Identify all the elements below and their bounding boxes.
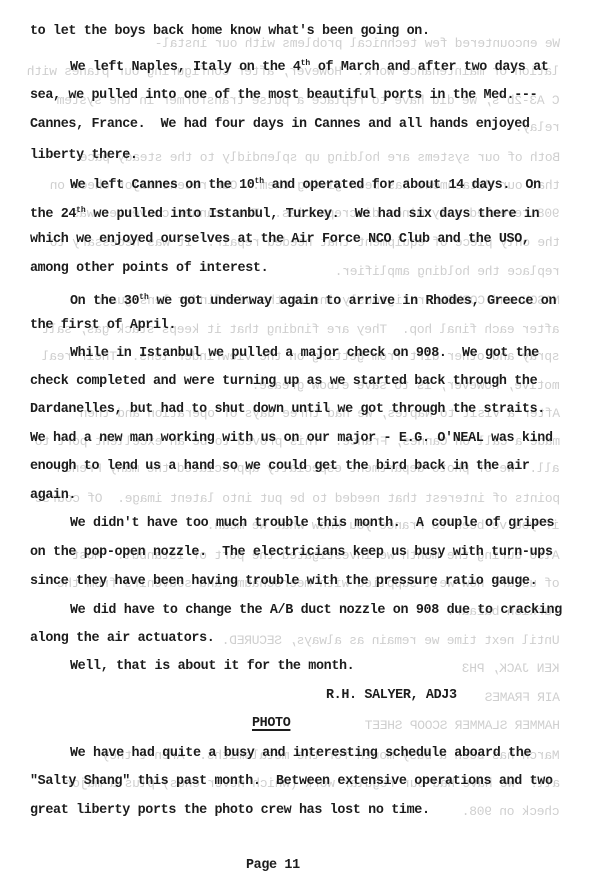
bleed-through-line: points of interest that needed to be put… (35, 491, 560, 507)
body-line: We didn't have too much trouble this mon… (70, 516, 554, 532)
body-line: Cannes, France. We had four days in Cann… (30, 117, 530, 133)
body-line: We did have to change the A/B duct nozzl… (70, 603, 562, 619)
bleed-through-line: HAMMER SLAMMER SCOOP SHEET (365, 718, 560, 734)
body-line: among other points of interest. (30, 261, 268, 277)
body-line: on the pop-open nozzle. The electricians… (30, 545, 553, 561)
bleed-through-line: Both of our systems are holding up splen… (80, 150, 560, 166)
document-page: We encountered few technical problems wi… (0, 0, 600, 883)
bleed-through-line: check on 908. (462, 804, 560, 820)
body-line: again. (30, 488, 76, 504)
body-line: While in Istanbul we pulled a major chec… (70, 346, 539, 362)
body-line: liberty there. (30, 148, 138, 164)
body-line: the 24th we pulled into Istanbul, Turkey… (30, 203, 539, 223)
bleed-through-line: Until next time we remain as always, SEC… (222, 633, 560, 649)
body-line: the first of April. (30, 318, 176, 334)
bleed-through-line: AIR FRAMES (485, 690, 560, 706)
body-line: Well, that is about it for the month. (70, 659, 354, 675)
body-line: which we enjoyed ourselves at the Air Fo… (30, 232, 530, 248)
body-line: along the air actuators. (30, 631, 214, 647)
body-line: We left Naples, Italy on the 4th of Marc… (70, 56, 548, 76)
photo-line: "Salty Shang" this past month. Between e… (30, 774, 553, 790)
body-line: check completed and were turning up as w… (30, 374, 537, 390)
signature: R.H. SALYER, ADJ3 (326, 688, 457, 704)
body-line: to let the boys back home know what's be… (30, 24, 430, 40)
body-line: On the 30th we got underway again to arr… (70, 290, 556, 310)
body-line: sea, we pulled into one of the most beau… (30, 88, 537, 104)
photo-line: We have had quite a busy and interesting… (70, 746, 531, 762)
section-heading-photo: PHOTO (252, 716, 290, 732)
photo-line: great liberty ports the photo crew has l… (30, 803, 430, 819)
body-line: Dardanelles, but had to shut down until … (30, 402, 545, 418)
body-line: since they have been having trouble with… (30, 574, 537, 590)
bleed-through-line: replace the holding amplifier. (335, 264, 560, 280)
body-line: We left Cannes on the 10th and operated … (70, 174, 541, 194)
body-line: enough to lend us a hand so we could get… (30, 459, 530, 475)
page-number: Page 11 (246, 858, 300, 874)
body-line: We had a new man working with us on our … (30, 431, 553, 447)
bleed-through-line: KEN JACK, PH3 (462, 661, 560, 677)
